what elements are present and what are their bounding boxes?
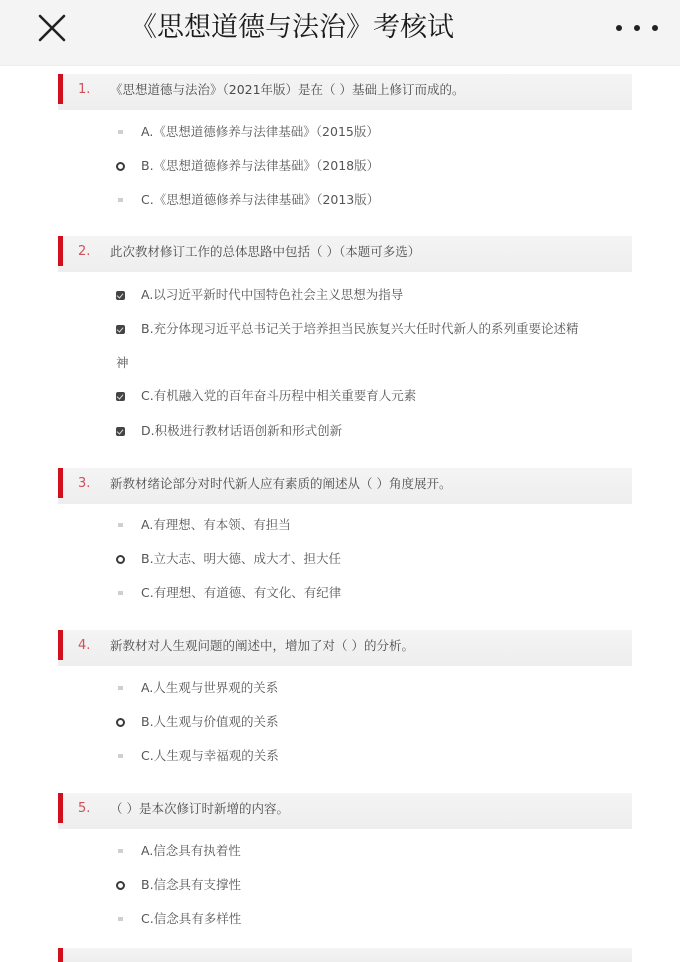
question-marker — [58, 793, 63, 823]
top-bar: 《思想道德与法治》考核试 — [0, 0, 680, 66]
checkbox-checked-icon — [116, 291, 125, 300]
option-label: C.人生观与幸福观的关系 — [141, 744, 279, 768]
radio-unselected-icon — [118, 591, 123, 595]
radio-selected-icon — [116, 881, 125, 890]
question-number: 4. — [78, 630, 90, 666]
question-number: 2. — [78, 236, 90, 272]
question-1-header: 1. 《思想道德与法治》（2021年版）是在（ ）基础上修订而成的。 — [58, 74, 632, 110]
question-number: 5. — [78, 793, 90, 829]
question-marker — [58, 948, 63, 962]
option-label: D.积极进行教材话语创新和形式创新 — [141, 419, 342, 443]
question-4-header: 4. 新教材对人生观问题的阐述中，增加了对（ ）的分析。 — [58, 630, 632, 666]
close-button[interactable] — [34, 10, 70, 46]
checkbox-checked-icon — [116, 392, 125, 401]
question-marker — [58, 74, 63, 104]
option-label: A.有理想、有本领、有担当 — [141, 513, 291, 537]
question-number: 1. — [78, 74, 90, 110]
radio-selected-icon — [116, 162, 125, 171]
question-6-header-partial — [58, 948, 632, 962]
question-text: 新教材对人生观问题的阐述中，增加了对（ ）的分析。 — [110, 630, 414, 666]
option-label: A.以习近平新时代中国特色社会主义思想为指导 — [141, 283, 403, 307]
radio-selected-icon — [116, 718, 125, 727]
more-icon — [616, 25, 658, 31]
option-label: B.《思想道德修养与法律基础》（2018版） — [141, 154, 379, 178]
option-label: C.有机融入党的百年奋斗历程中相关重要育人元素 — [141, 384, 416, 408]
more-button[interactable] — [612, 14, 662, 42]
option-label: A.《思想道德修养与法律基础》（2015版） — [141, 120, 379, 144]
close-icon — [34, 10, 70, 46]
option-label: C.信念具有多样性 — [141, 907, 241, 931]
checkbox-checked-icon — [116, 325, 125, 334]
question-2-header: 2. 此次教材修订工作的总体思路中包括（ ）（本题可多选） — [58, 236, 632, 272]
checkbox-checked-icon — [116, 427, 125, 436]
radio-unselected-icon — [118, 523, 123, 527]
option-label: A.人生观与世界观的关系 — [141, 676, 278, 700]
question-text: 新教材绪论部分对时代新人应有素质的阐述从（ ）角度展开。 — [110, 468, 451, 504]
radio-unselected-icon — [118, 917, 123, 921]
radio-unselected-icon — [118, 754, 123, 758]
option-label: B.充分体现习近平总书记关于培养担当民族复兴大任时代新人的系列重要论述精 — [141, 317, 579, 341]
question-3-header: 3. 新教材绪论部分对时代新人应有素质的阐述从（ ）角度展开。 — [58, 468, 632, 504]
question-5-header: 5. （ ）是本次修订时新增的内容。 — [58, 793, 632, 829]
option-label: B.人生观与价值观的关系 — [141, 710, 279, 734]
question-marker — [58, 236, 63, 266]
option-label: B.立大志、明大德、成大才、担大任 — [141, 547, 341, 571]
question-marker — [58, 630, 63, 660]
radio-unselected-icon — [118, 849, 123, 853]
option-label: C.《思想道德修养与法律基础》（2013版） — [141, 188, 379, 212]
option-label: C.有理想、有道德、有文化、有纪律 — [141, 581, 341, 605]
radio-unselected-icon — [118, 686, 123, 690]
question-marker — [58, 468, 63, 498]
radio-unselected-icon — [118, 130, 123, 134]
radio-selected-icon — [116, 555, 125, 564]
option-continuation: 神 — [116, 351, 129, 375]
option-label: B.信念具有支撑性 — [141, 873, 241, 897]
page-title: 《思想道德与法治》考核试 — [130, 10, 550, 46]
question-text: （ ）是本次修订时新增的内容。 — [110, 793, 289, 829]
question-text: 《思想道德与法治》（2021年版）是在（ ）基础上修订而成的。 — [110, 74, 465, 110]
question-number: 3. — [78, 468, 90, 504]
question-text: 此次教材修订工作的总体思路中包括（ ）（本题可多选） — [110, 236, 420, 272]
option-label: A.信念具有执着性 — [141, 839, 241, 863]
radio-unselected-icon — [118, 198, 123, 202]
